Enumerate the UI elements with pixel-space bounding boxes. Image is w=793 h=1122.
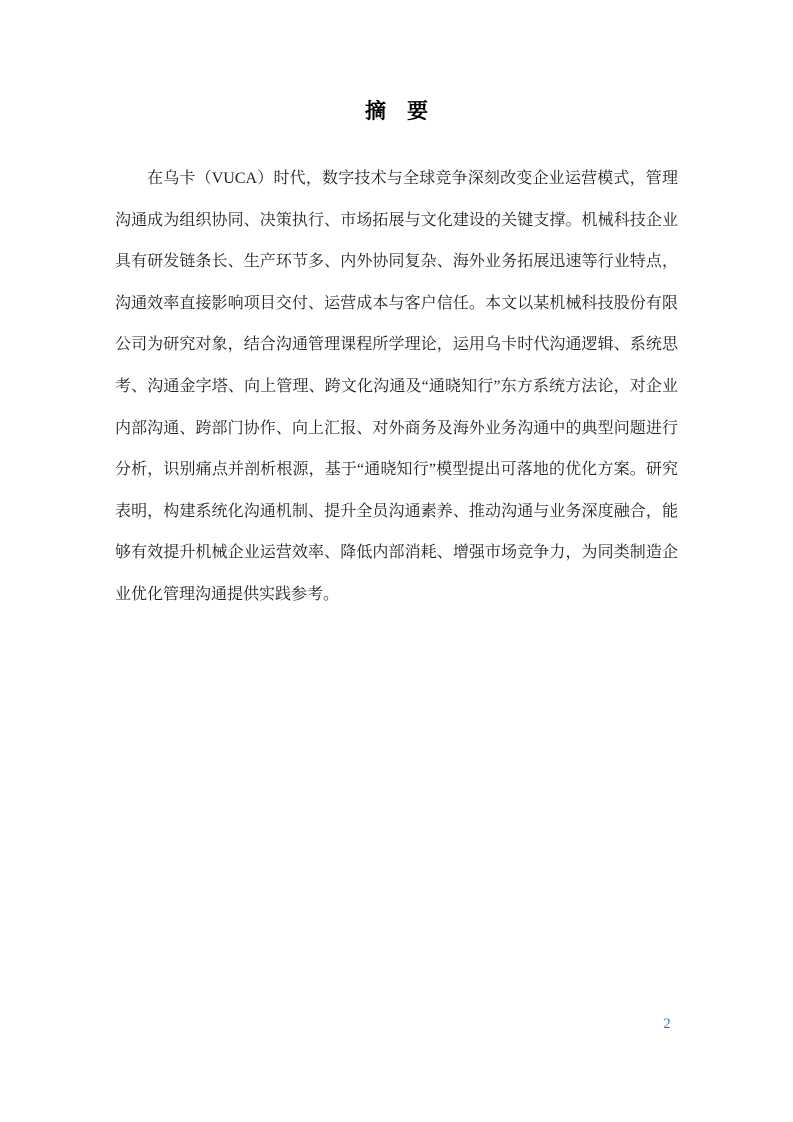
abstract-paragraph: 在乌卡（VUCA）时代，数字技术与全球竞争深刻改变企业运营模式，管理沟通成为组织… bbox=[115, 158, 678, 616]
document-page: 摘 要 在乌卡（VUCA）时代，数字技术与全球竞争深刻改变企业运营模式，管理沟通… bbox=[0, 0, 793, 1122]
page-number: 2 bbox=[653, 1013, 681, 1035]
abstract-title: 摘 要 bbox=[0, 100, 793, 124]
